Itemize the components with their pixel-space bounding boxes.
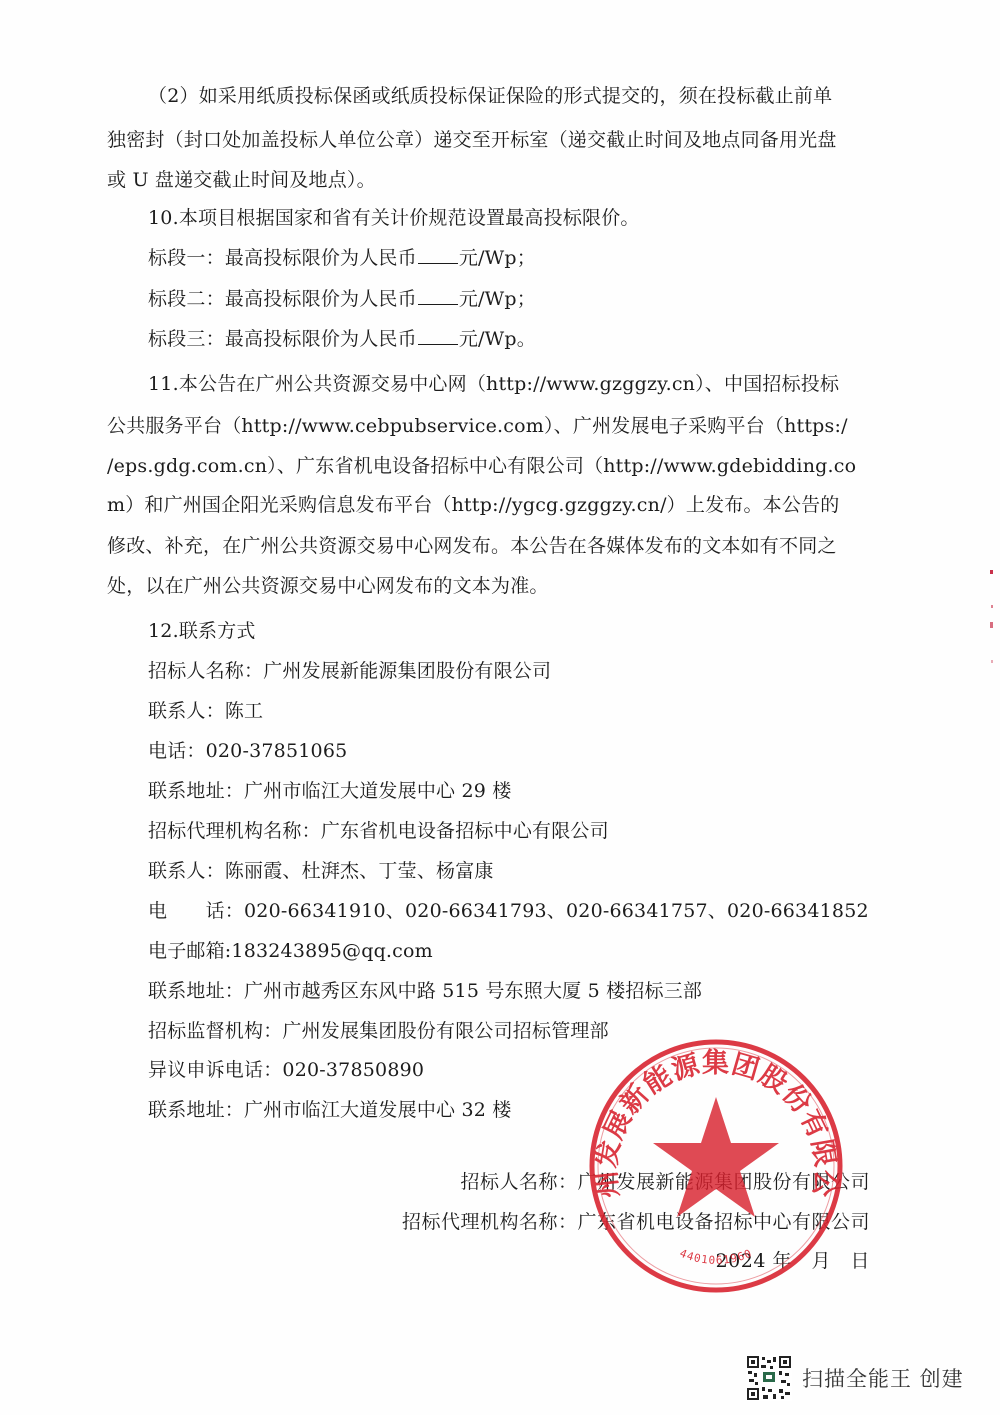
section11-line-5: 修改、补充，在广州公共资源交易中心网发布。本公告在各媒体发布的文本如有不同之 (107, 533, 837, 559)
tenderer-phone: 020-37851065 (206, 740, 348, 762)
lot-2-label: 标段二： (148, 288, 225, 310)
section11-line-4: m）和广州国企阳光采购信息发布平台（http://ygcg.gzggzy.cn/… (107, 492, 839, 518)
section11-line-1: 11.本公告在广州公共资源交易中心网（http://www.gzggzy.cn）… (148, 371, 839, 397)
lot-1-unit: 元/Wp； (459, 247, 536, 269)
lot-1-label: 标段一： (148, 247, 225, 269)
agency-phone-row: 电 话：020-66341910、020-66341793、020-663417… (148, 898, 869, 924)
scanner-watermark-text: 扫描全能王 创建 (802, 1363, 964, 1393)
agency-phone-label: 电 话： (148, 900, 244, 922)
section10-heading: 10.本项目根据国家和省有关计价规范设置最高投标限价。 (148, 205, 640, 231)
margin-stamp-marks (985, 550, 999, 680)
qr-code-icon (746, 1355, 792, 1401)
signature-date: 2024 年 月 日 (716, 1248, 870, 1274)
tenderer-phone-row: 电话：020-37851065 (148, 738, 347, 764)
tenderer-address: 广州市临江大道发展中心 29 楼 (244, 780, 511, 802)
agency-name-label: 招标代理机构名称： (148, 820, 321, 842)
agency-name-row: 招标代理机构名称：广东省机电设备招标中心有限公司 (148, 818, 609, 844)
supervision-org-label: 招标监督机构： (148, 1020, 282, 1042)
seal-star-icon (653, 1097, 779, 1217)
agency-address: 广州市越秀区东风中路 515 号东照大厦 5 楼招标三部 (244, 980, 702, 1002)
complaint-phone-row: 异议申诉电话：020-37850890 (148, 1057, 424, 1083)
tenderer-contact-label: 联系人： (148, 700, 225, 722)
tenderer-name: 广州发展新能源集团股份有限公司 (263, 660, 551, 682)
section11-line-2: 公共服务平台（http://www.cebpubservice.com）、广州发… (107, 413, 848, 439)
tenderer-name-row: 招标人名称：广州发展新能源集团股份有限公司 (148, 658, 551, 684)
section11-line-6: 处，以在广州公共资源交易中心网发布的文本为准。 (107, 573, 549, 599)
scanner-watermark: 扫描全能王 创建 (746, 1355, 964, 1401)
tenderer-address-row: 联系地址：广州市临江大道发展中心 29 楼 (148, 778, 511, 804)
agency-contact: 陈丽霞、杜湃杰、丁莹、杨富康 (225, 860, 494, 882)
signature-agency-name: 广东省机电设备招标中心有限公司 (577, 1211, 870, 1233)
document-page: （2）如采用纸质投标保函或纸质投标保证保险的形式提交的，须在投标截止前单 独密封… (0, 0, 1000, 1415)
agency-address-label: 联系地址： (148, 980, 244, 1002)
agency-email-label: 电子邮箱: (148, 940, 231, 962)
agency-contact-label: 联系人： (148, 860, 225, 882)
lot-2: 标段二：最高投标限价为人民币元/Wp； (148, 286, 536, 312)
supervision-org: 广州发展集团股份有限公司招标管理部 (282, 1020, 608, 1042)
lot-2-text: 最高投标限价为人民币 (225, 288, 417, 310)
tenderer-address-label: 联系地址： (148, 780, 244, 802)
supervision-address-row: 联系地址：广州市临江大道发展中心 32 楼 (148, 1097, 511, 1123)
tenderer-name-label: 招标人名称： (148, 660, 263, 682)
tenderer-contact: 陈工 (225, 700, 263, 722)
agency-email: 183243895@qq.com (231, 940, 432, 962)
lot-3-price-blank (418, 326, 458, 345)
signature-agency: 招标代理机构名称：广东省机电设备招标中心有限公司 (402, 1209, 870, 1235)
agency-address-row: 联系地址：广州市越秀区东风中路 515 号东照大厦 5 楼招标三部 (148, 978, 702, 1004)
signature-tenderer-label: 招标人名称： (460, 1171, 577, 1193)
signature-tenderer-name: 广州发展新能源集团股份有限公司 (577, 1171, 870, 1193)
section9-line-3: 或 U 盘递交截止时间及地点）。 (107, 167, 376, 193)
lot-2-unit: 元/Wp； (459, 288, 536, 310)
tenderer-phone-label: 电话： (148, 740, 206, 762)
lot-3-text: 最高投标限价为人民币 (225, 328, 417, 350)
lot-3-unit: 元/Wp。 (459, 328, 536, 350)
agency-name: 广东省机电设备招标中心有限公司 (321, 820, 609, 842)
lot-1-text: 最高投标限价为人民币 (225, 247, 417, 269)
supervision-address-label: 联系地址： (148, 1099, 244, 1121)
lot-2-price-blank (418, 286, 458, 305)
section12-heading: 12.联系方式 (148, 618, 256, 644)
signature-agency-label: 招标代理机构名称： (402, 1211, 578, 1233)
lot-3: 标段三：最高投标限价为人民币元/Wp。 (148, 326, 536, 352)
agency-phone: 020-66341910、020-66341793、020-66341757、0… (244, 900, 869, 922)
section9-line-1: （2）如采用纸质投标保函或纸质投标保证保险的形式提交的，须在投标截止前单 (148, 83, 832, 109)
agency-email-row: 电子邮箱:183243895@qq.com (148, 938, 433, 964)
supervision-org-row: 招标监督机构：广州发展集团股份有限公司招标管理部 (148, 1018, 609, 1044)
lot-1: 标段一：最高投标限价为人民币元/Wp； (148, 245, 536, 271)
lot-1-price-blank (418, 245, 458, 264)
signature-tenderer: 招标人名称：广州发展新能源集团股份有限公司 (460, 1169, 870, 1195)
supervision-address: 广州市临江大道发展中心 32 楼 (244, 1099, 511, 1121)
complaint-phone-label: 异议申诉电话： (148, 1059, 282, 1081)
lot-3-label: 标段三： (148, 328, 225, 350)
complaint-phone: 020-37850890 (282, 1059, 424, 1081)
agency-contact-row: 联系人：陈丽霞、杜湃杰、丁莹、杨富康 (148, 858, 494, 884)
section9-line-2: 独密封（封口处加盖投标人单位公章）递交至开标室（递交截止时间及地点同备用光盘 (107, 127, 837, 153)
section11-line-3: /eps.gdg.com.cn）、广东省机电设备招标中心有限公司（http://… (107, 453, 856, 479)
tenderer-contact-row: 联系人：陈工 (148, 698, 263, 724)
